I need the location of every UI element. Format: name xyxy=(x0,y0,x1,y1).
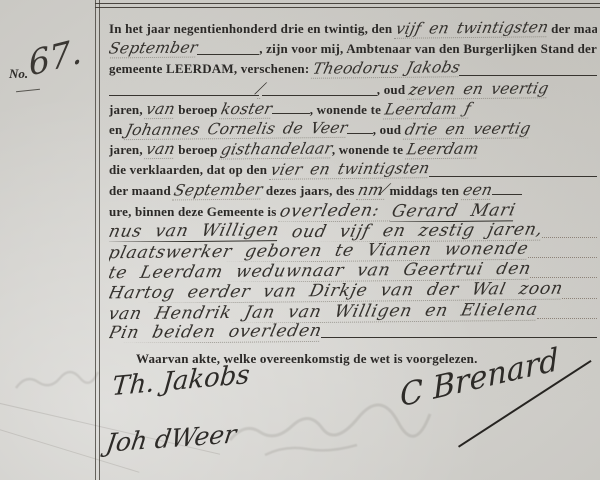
printed-text: In het jaar negentienhonderd drie en twi… xyxy=(109,21,396,37)
printed-text: der maand xyxy=(109,183,174,199)
document-line: der maand September dezes jaars, des nm⁄… xyxy=(109,182,597,202)
handwritten-text: drie en veertig xyxy=(403,121,532,140)
handwritten-text: Leerdam ƒ xyxy=(382,101,472,119)
handwritten-text: overleden: xyxy=(278,202,395,222)
blank-rule xyxy=(321,337,597,338)
handwritten-text: Hartog eerder van Dirkje van der Wal zoo… xyxy=(109,282,565,302)
handwritten-text-underlined: nus van Willigen xyxy=(109,222,281,242)
printed-text: en xyxy=(109,122,126,138)
printed-text: jaren, xyxy=(109,102,146,118)
handwritten-text: van xyxy=(144,141,177,159)
handwritten-text: plaatswerker geboren te Vianen wonende xyxy=(109,242,530,262)
document-line: Hartog eerder van Dirkje van der Wal zoo… xyxy=(109,282,597,302)
printed-text: die verklaarden, dat op den xyxy=(109,162,271,178)
handwritten-text: te Leerdam weduwnaar van Geertrui den xyxy=(109,262,533,282)
ink-bleed-through-scribble xyxy=(225,400,435,460)
margin-border-line xyxy=(95,0,96,480)
printed-text: , wonende te xyxy=(310,102,385,118)
printed-text: dezes jaars, des xyxy=(262,183,358,199)
document-line: te Leerdam weduwnaar van Geertrui den xyxy=(109,262,597,282)
handwritten-text: Pin beiden overleden xyxy=(109,323,324,343)
handwritten-text: van Hendrik Jan van Willigen en Elielena xyxy=(109,303,540,323)
handwritten-text: vier en twintigsten xyxy=(268,161,430,180)
act-number-label: No. xyxy=(9,66,28,82)
handwritten-text: September xyxy=(109,40,199,59)
handwritten-text: Leerdam xyxy=(405,141,480,159)
document-line: ure, binnen deze Gemeente is overleden: … xyxy=(109,202,597,222)
handwritten-text: September xyxy=(172,182,264,201)
dotted-leader xyxy=(528,257,597,258)
handwritten-text: gisthandelaar xyxy=(219,141,334,160)
document-line: nus van Willigen oud vijf en zestig jare… xyxy=(109,222,597,242)
death-certificate-page: No. 67. In het jaar negentienhonderd dri… xyxy=(0,0,600,480)
act-number-value: 67. xyxy=(27,31,84,84)
handwritten-text-underlined: Gerard Mari xyxy=(390,202,518,222)
dotted-leader xyxy=(530,277,597,278)
ink-bleed-through-margin xyxy=(12,362,102,398)
document-line: In het jaar negentienhonderd drie en twi… xyxy=(109,20,597,40)
printed-text: beroep xyxy=(175,142,221,158)
printed-text: der maand xyxy=(548,21,597,37)
document-line: ⁄, oud zeven en veertig xyxy=(109,81,597,101)
printed-text: gemeente LEERDAM, verschenen: xyxy=(109,61,313,77)
printed-text: middags ten xyxy=(386,183,463,199)
blank-rule xyxy=(197,54,259,55)
blank-rule xyxy=(429,176,597,177)
handwritten-text: oud vijf en zestig jaren, xyxy=(276,222,544,242)
printed-text: jaren, xyxy=(109,142,146,158)
document-line: jaren, van beroep gisthandelaar, wonende… xyxy=(109,141,597,161)
blank-rule xyxy=(109,95,259,96)
handwritten-text: nm⁄ xyxy=(356,182,388,200)
filler-dash xyxy=(272,113,310,114)
document-line: September, zijn voor mij, Ambtenaar van … xyxy=(109,40,597,60)
dotted-leader xyxy=(542,237,597,238)
handwritten-text: zeven en veertig xyxy=(407,81,550,100)
printed-text: , oud xyxy=(377,82,409,98)
printed-text: beroep xyxy=(175,102,221,118)
printed-text: , zijn voor mij, Ambtenaar van den Burge… xyxy=(259,41,597,57)
top-border-line xyxy=(95,3,600,4)
document-body: In het jaar negentienhonderd drie en twi… xyxy=(100,20,597,343)
handwritten-text: Johannes Cornelis de Veer xyxy=(124,121,349,140)
document-line: en Johannes Cornelis de Veer, oud drie e… xyxy=(109,121,597,141)
document-line: gemeente LEERDAM, verschenen: Theodorus … xyxy=(109,60,597,80)
dotted-leader xyxy=(537,318,597,319)
handwritten-text: een xyxy=(461,182,494,200)
blank-rule xyxy=(459,75,597,76)
document-line: van Hendrik Jan van Willigen en Elielena xyxy=(109,303,597,323)
printed-text: , wonende te xyxy=(332,142,407,158)
act-number-underline xyxy=(16,89,40,93)
document-line: jaren, van beroep koster, wonende te Lee… xyxy=(109,101,597,121)
signature-declarant-2: Joh dWeer xyxy=(104,419,238,457)
dotted-leader xyxy=(562,298,597,299)
blank-rule xyxy=(262,95,377,96)
handwritten-text: van xyxy=(144,101,177,119)
handwritten-text: ⁄ xyxy=(257,81,264,99)
top-border-line-inner xyxy=(95,7,600,8)
handwritten-text: koster xyxy=(219,101,274,119)
filler-dash xyxy=(347,133,373,134)
signature-declarant-1: Th. Jakobs xyxy=(111,360,251,402)
document-line: Pin beiden overleden xyxy=(109,323,597,343)
printed-text: ure, binnen deze Gemeente is xyxy=(109,204,280,220)
handwritten-text: Theodorus Jakobs xyxy=(311,60,462,79)
document-line: plaatswerker geboren te Vianen wonende xyxy=(109,242,597,262)
printed-text: , oud xyxy=(373,122,405,138)
document-line: die verklaarden, dat op den vier en twin… xyxy=(109,161,597,181)
filler-dash xyxy=(492,194,522,195)
handwritten-text: vijf en twintigsten xyxy=(394,20,550,39)
